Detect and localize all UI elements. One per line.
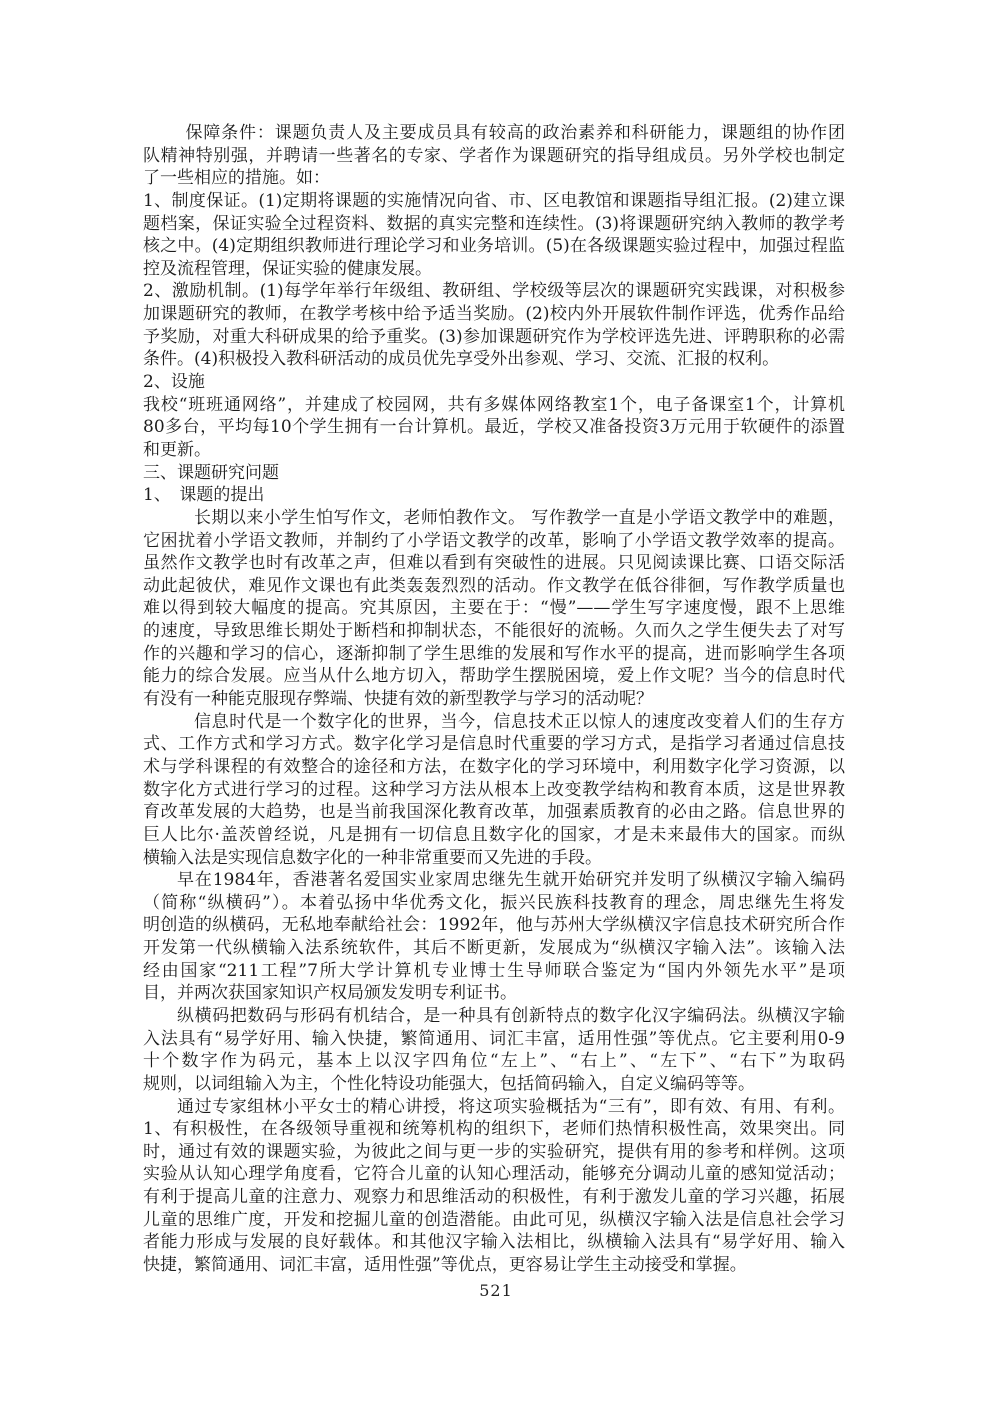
- text-line: 信息时代是一个数字化的世界，当今，信息技术正以惊人的速度改变着人们的生存方: [143, 711, 845, 734]
- text-line: 者能力形成与发展的良好载体。和其他汉字输入法相比，纵横输入法具有“易学好用、输入: [143, 1231, 845, 1254]
- text-line: （简称“纵横码”）。本着弘扬中华优秀文化，振兴民族科技教育的理念，周忠继先生将发: [143, 892, 845, 915]
- text-line: 儿童的思维广度，开发和挖掘儿童的创造潜能。由此可见，纵横汉字输入法是信息社会学习: [143, 1209, 845, 1232]
- text-line: 作的兴趣和学习的信心，逐渐抑制了学生思维的发展和写作水平的提高，进而影响学生各项: [143, 643, 845, 666]
- text-line: 明创造的纵横码，无私地奉献给社会：1992年，他与苏州大学纵横汉字信息技术研究所…: [143, 914, 845, 937]
- text-line: 有没有一种能克服现存弊端、快捷有效的新型教学与学习的活动呢？: [143, 688, 845, 711]
- text-line: 有利于提高儿童的注意力、观察力和思维活动的积极性，有利于激发儿童的学习兴趣，拓展: [143, 1186, 845, 1209]
- text-line: 2、激励机制。(1)每学年举行年级组、教研组、学校级等层次的课题研究实践课，对积…: [143, 280, 845, 303]
- text-line: 队精神特别强，并聘请一些著名的专家、学者作为课题研究的指导组成员。另外学校也制定: [143, 145, 845, 168]
- text-line: 保障条件：课题负责人及主要成员具有较高的政治素养和科研能力，课题组的协作团: [143, 122, 845, 145]
- text-line: 实验从认知心理学角度看，它符合儿童的认知心理活动，能够充分调动儿童的感知觉活动；: [143, 1163, 845, 1186]
- text-line: 十个数字作为码元，基本上以汉字四角位“左上”、“右上”、“左下”、“右下”为取码: [143, 1050, 845, 1073]
- text-line: 题档案，保证实验全过程资料、数据的真实完整和连续性。(3)将课题研究纳入教师的教…: [143, 213, 845, 236]
- text-line: 规则，以词组输入为主，个性化特设功能强大，包括简码输入，自定义编码等等。: [143, 1073, 845, 1096]
- text-line: 能力的综合发展。应当从什么地方切入，帮助学生摆脱困境，爱上作文呢？当今的信息时代: [143, 665, 845, 688]
- text-line: 我校“班班通网络”，并建成了校园网，共有多媒体网络教室1个，电子备课室1个，计算…: [143, 394, 845, 417]
- text-line: 和更新。: [143, 439, 845, 462]
- text-line: 通过专家组林小平女士的精心讲授，将这项实验概括为“三有”，即有效、有用、有利。: [143, 1096, 845, 1119]
- text-line: 2、设施: [143, 371, 845, 394]
- text-line: 1、有积极性，在各级领导重视和统筹机构的组织下，老师们热情积极性高，效果突出。同: [143, 1118, 845, 1141]
- text-line: 早在1984年，香港著名爱国实业家周忠继先生就开始研究并发明了纵横汉字输入编码: [143, 869, 845, 892]
- text-line: 术与学科课程的有效整合的途径和方法，在数字化的学习环境中，利用数字化学习资源，以: [143, 756, 845, 779]
- text-line: 80多台，平均每10个学生拥有一台计算机。最近，学校又准备投资3万元用于软硬件的…: [143, 416, 845, 439]
- text-line: 了一些相应的措施。如：: [143, 167, 845, 190]
- text-line: 巨人比尔·盖茨曾经说，凡是拥有一切信息且数字化的国家，才是未来最伟大的国家。而纵: [143, 824, 845, 847]
- text-line: 育改革发展的大趋势，也是当前我国深化教育改革，加强素质教育的必由之路。信息世界的: [143, 801, 845, 824]
- text-line: 1、 课题的提出: [143, 484, 845, 507]
- text-line: 予奖励，对重大科研成果的给予重奖。(3)参加课题研究作为学校评选先进、评聘职称的…: [143, 326, 845, 349]
- page-number: 521: [0, 1281, 992, 1300]
- text-line: 入法具有“易学好用、输入快捷，繁简通用、词汇丰富，适用性强”等优点。它主要利用0…: [143, 1028, 845, 1051]
- text-line: 控及流程管理，保证实验的健康发展。: [143, 258, 845, 281]
- text-line: 时，通过有效的课题实验，为彼此之间与更一步的实验研究，提供有用的参考和样例。这项: [143, 1141, 845, 1164]
- text-line: 它困扰着小学语文教师，并制约了小学语文教学的改革，影响了小学语文教学效率的提高。: [143, 530, 845, 553]
- document-body: 保障条件：课题负责人及主要成员具有较高的政治素养和科研能力，课题组的协作团队精神…: [143, 122, 845, 1277]
- text-line: 1、制度保证。(1)定期将课题的实施情况向省、市、区电教馆和课题指导组汇报。(2…: [143, 190, 845, 213]
- text-line: 长期以来小学生怕写作文，老师怕教作文。 写作教学一直是小学语文教学中的难题，: [143, 507, 845, 530]
- text-line: 数字化方式进行学习的过程。这种学习方法从根本上改变教学结构和教育本质，这是世界教: [143, 779, 845, 802]
- text-line: 的速度，导致思维长期处于断档和抑制状态，不能很好的流畅。久而久之学生便失去了对写: [143, 620, 845, 643]
- text-line: 横输入法是实现信息数字化的一种非常重要而又先进的手段。: [143, 847, 845, 870]
- text-line: 条件。(4)积极投入教科研活动的成员优先享受外出参观、学习、交流、汇报的权利。: [143, 348, 845, 371]
- text-line: 经由国家“211工程”7所大学计算机专业博士生导师联合鉴定为“国内外领先水平”是…: [143, 960, 845, 983]
- text-line: 式、工作方式和学习方式。数字化学习是信息时代重要的学习方式，是指学习者通过信息技: [143, 733, 845, 756]
- text-line: 目，并两次获国家知识产权局颁发发明专利证书。: [143, 982, 845, 1005]
- text-line: 加课题研究的教师，在教学考核中给予适当奖励。(2)校内外开展软件制作评选，优秀作…: [143, 303, 845, 326]
- text-line: 核之中。(4)定期组织教师进行理论学习和业务培训。(5)在各级课题实验过程中，加…: [143, 235, 845, 258]
- text-line: 虽然作文教学也时有改革之声，但难以看到有突破性的进展。只见阅读课比赛、口语交际活: [143, 552, 845, 575]
- text-line: 动此起彼伏，难见作文课也有此类轰轰烈烈的活动。作文教学在低谷徘徊，写作教学质量也: [143, 575, 845, 598]
- text-line: 快捷，繁简通用、词汇丰富，适用性强”等优点，更容易让学生主动接受和掌握。: [143, 1254, 845, 1277]
- text-line: 开发第一代纵横输入法系统软件，其后不断更新，发展成为“纵横汉字输入法”。该输入法: [143, 937, 845, 960]
- text-line: 纵横码把数码与形码有机结合，是一种具有创新特点的数字化汉字编码法。纵横汉字输: [143, 1005, 845, 1028]
- document-page: 保障条件：课题负责人及主要成员具有较高的政治素养和科研能力，课题组的协作团队精神…: [0, 0, 992, 1403]
- text-line: 三、课题研究问题: [143, 462, 845, 485]
- text-line: 难以得到较大幅度的提高。究其原因，主要在于：“慢”——学生写字速度慢，跟不上思维: [143, 597, 845, 620]
